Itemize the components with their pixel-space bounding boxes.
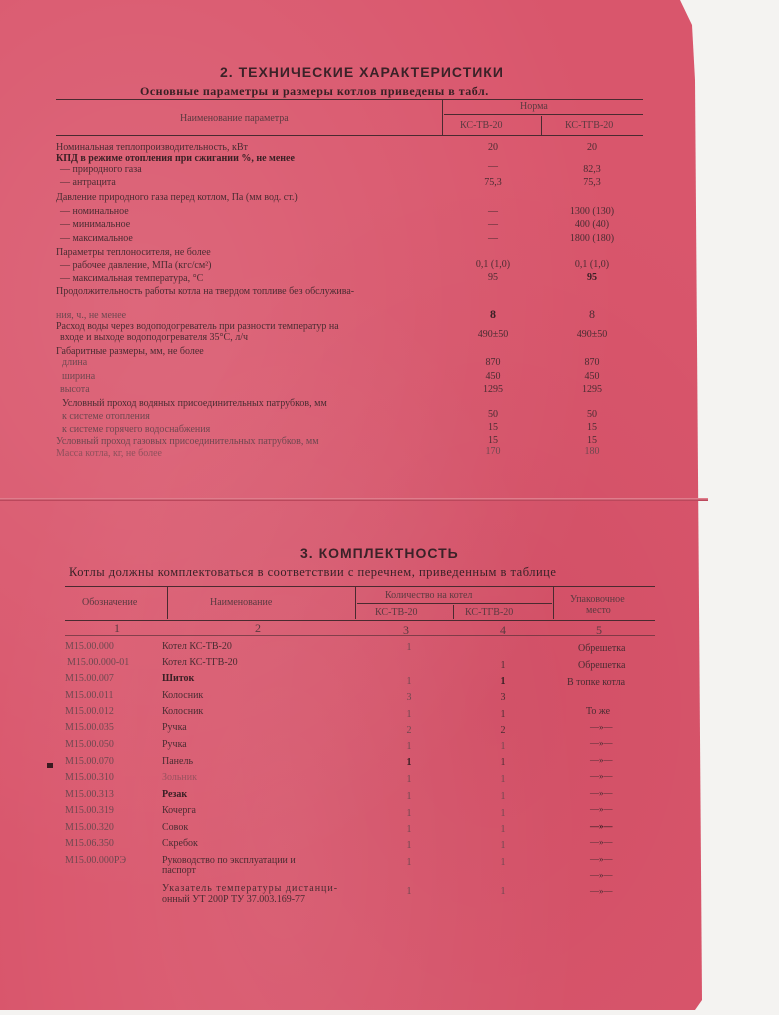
spec-v2: 95 (557, 272, 627, 283)
spec-v2: 450 (557, 371, 627, 382)
item-q1: 1 (374, 791, 444, 802)
section2-subtitle: Основные параметры и размеры котлов прив… (140, 84, 489, 99)
item-q1: 1 (374, 824, 444, 835)
spec-label: входе и выходе водоподогревателя 35°С, л… (60, 332, 248, 343)
item-q2: 1 (468, 886, 538, 897)
item-name: Шиток (162, 673, 194, 684)
spec-v1: 50 (458, 409, 528, 420)
table3-top-rule (65, 586, 655, 587)
header-norm: Норма (520, 101, 548, 112)
spec-v2: 20 (557, 142, 627, 153)
item-pack-ditto: —»— (590, 722, 613, 732)
spec-label: Условный проход водяных присоединительны… (62, 398, 327, 409)
table-top-rule (56, 99, 643, 100)
item-code: М15.00.000 (65, 641, 114, 652)
item-name: Совок (162, 822, 188, 833)
item-name: Резак (162, 789, 187, 800)
spec-label: Продолжительность работы котла на твердо… (56, 286, 354, 297)
spec-v2: 490±50 (557, 329, 627, 340)
item-q1: 1 (374, 741, 444, 752)
item-q2: 1 (468, 741, 538, 752)
spec-label: Условный проход газовых присоединительны… (56, 436, 319, 447)
item-code: М15.00.035 (65, 722, 114, 733)
item-name: Указатель температуры дистанци- (162, 883, 338, 894)
spec-v2: 870 (557, 357, 627, 368)
item-code: М15.00.070 (65, 756, 114, 767)
spec-v2: 1800 (180) (557, 233, 627, 244)
spec-v1: — (458, 233, 528, 244)
spec-v1: 0,1 (1,0) (458, 259, 528, 270)
header-pack-1: Упаковочное (570, 594, 625, 605)
item-name: Зольник (162, 772, 197, 783)
spec-v1: — (458, 206, 528, 217)
table3-divider-3 (553, 587, 554, 619)
item-pack-ditto: —»— (590, 837, 613, 847)
spec-label: высота (60, 384, 90, 395)
spec-v2: 82,3 (557, 164, 627, 175)
spec-label: Масса котла, кг, не более (56, 448, 162, 459)
item-q2: 1 (468, 808, 538, 819)
header-designation: Обозначение (82, 597, 137, 608)
item-code: М15.00.007 (65, 673, 114, 684)
item-q2: 1 (468, 774, 538, 785)
spec-label: — номинальное (60, 206, 129, 217)
item-pack-ditto: —»— (590, 854, 613, 864)
item-q2: 1 (468, 840, 538, 851)
item-q1: 1 (374, 774, 444, 785)
colnum-3: 3 (403, 623, 409, 638)
header-pack-2: место (586, 605, 611, 616)
item-code: М15.00.310 (65, 772, 114, 783)
spec-v2: 75,3 (557, 177, 627, 188)
spec-label: Давление природного газа перед котлом, П… (56, 192, 298, 203)
qty-rule (357, 603, 552, 604)
item-q1: 1 (374, 857, 444, 868)
spec-v1: 15 (458, 435, 528, 446)
header-param: Наименование параметра (180, 113, 289, 124)
table3-divider-1 (167, 587, 168, 619)
item-q1: 1 (374, 808, 444, 819)
spec-label: — максимальная температура, °С (60, 273, 203, 284)
item-q2: 1 (468, 676, 538, 687)
margin-mark (47, 763, 53, 768)
spec-label: Габаритные размеры, мм, не более (56, 346, 204, 357)
spec-v2: 8 (557, 307, 627, 322)
item-q2: 1 (468, 824, 538, 835)
item-name: Ручка (162, 722, 187, 733)
spec-v2: 15 (557, 435, 627, 446)
colnum-2: 2 (255, 621, 261, 636)
item-pack-ditto: —»— (590, 804, 613, 814)
spec-label: Расход воды через водоподогреватель при … (56, 321, 339, 332)
spec-v1: 490±50 (458, 329, 528, 340)
spec-v2: 400 (40) (557, 219, 627, 230)
item-q2: 1 (468, 757, 538, 768)
spec-v1: 95 (458, 272, 528, 283)
section2-title: 2. ТЕХНИЧЕСКИЕ ХАРАКТЕРИСТИКИ (220, 64, 504, 80)
item-pack-ditto: —»— (590, 886, 613, 896)
spec-label: к системе отопления (62, 411, 150, 422)
spec-v1: 450 (458, 371, 528, 382)
spec-v2: 15 (557, 422, 627, 433)
spec-label: — природного газа (60, 164, 142, 175)
spec-v2: 1295 (557, 384, 627, 395)
item-name: Котел КС-ТВ-20 (162, 641, 232, 652)
spec-label: КПД в режиме отопления при сжигании %, н… (56, 153, 295, 164)
spec-v1: 870 (458, 357, 528, 368)
item-pack-ditto: —»— (590, 755, 613, 765)
section3-title: 3. КОМПЛЕКТНОСТЬ (300, 545, 459, 561)
item-name-cont: онный УТ 200Р ТУ 37.003.169-77 (162, 894, 305, 905)
item-code: М15.00.000-01 (67, 657, 129, 668)
spec-v1: 20 (458, 142, 528, 153)
item-code: М15.00.011 (65, 690, 114, 701)
item-name-cont: паспорт (162, 865, 196, 876)
item-q2: 1 (468, 857, 538, 868)
table-header-rule (56, 135, 643, 136)
spec-label: — минимальное (60, 219, 130, 230)
item-q1: 1 (374, 757, 444, 768)
item-name: Колосник (162, 690, 203, 701)
spec-v1: — (458, 161, 528, 172)
item-q2: 2 (468, 725, 538, 736)
item-q2: 1 (468, 709, 538, 720)
spec-label: ния, ч., не менее (56, 310, 126, 321)
item-name: Панель (162, 756, 193, 767)
item-pack-ditto: —»— (590, 738, 613, 748)
item-pack-ditto: —»— (590, 771, 613, 781)
spec-v1: 75,3 (458, 177, 528, 188)
colnum-4: 4 (500, 623, 506, 638)
spec-v1: 8 (458, 307, 528, 322)
spec-label: Номинальная теплопроизводительность, кВт (56, 142, 248, 153)
table3-divider-2 (355, 587, 356, 619)
item-pack: В топке котла (567, 677, 625, 688)
item-q1: 3 (374, 692, 444, 703)
item-q1: 1 (374, 642, 444, 653)
item-code: М15.00.313 (65, 789, 114, 800)
item-code: М15.06.350 (65, 838, 114, 849)
item-code: М15.00.000РЭ (65, 855, 126, 866)
header-col1: КС-ТВ-20 (460, 120, 503, 131)
spec-v1: 1295 (458, 384, 528, 395)
item-code: М15.00.320 (65, 822, 114, 833)
item-code: М15.00.319 (65, 805, 114, 816)
header-qty-col2: КС-ТГВ-20 (465, 607, 513, 618)
item-pack-ditto: —»— (590, 788, 613, 798)
page-fold (0, 498, 708, 501)
spec-v2: 50 (557, 409, 627, 420)
spec-label: Параметры теплоносителя, не более (56, 247, 211, 258)
item-name: Ручка (162, 739, 187, 750)
item-q1: 1 (374, 676, 444, 687)
spec-v1: 170 (458, 446, 528, 457)
section3-subtitle: Котлы должны комплектоваться в соответст… (69, 565, 556, 580)
spec-label: — максимальное (60, 233, 133, 244)
spec-v1: — (458, 219, 528, 230)
spec-label: — рабочее давление, МПа (кгс/см²) (60, 260, 212, 271)
header-col2: КС-ТГВ-20 (565, 120, 613, 131)
qty-divider (453, 605, 454, 619)
spec-v2: 180 (557, 446, 627, 457)
colnum-5: 5 (596, 623, 602, 638)
table3-header-rule (65, 620, 655, 621)
item-q2: 1 (468, 791, 538, 802)
table3-colnum-rule (65, 635, 655, 636)
spec-label: — антрацита (60, 177, 116, 188)
item-pack-ditto: —»— (590, 821, 613, 831)
item-name: Колосник (162, 706, 203, 717)
item-q1: 1 (374, 709, 444, 720)
norm-rule (444, 114, 643, 115)
item-q1: 1 (374, 840, 444, 851)
item-q2: 1 (468, 660, 538, 671)
spec-v1: 15 (458, 422, 528, 433)
spec-v2: 1300 (130) (557, 206, 627, 217)
table-col-divider (442, 100, 443, 136)
item-pack-ditto: —»— (590, 870, 613, 880)
item-name: Скребок (162, 838, 198, 849)
header-qty: Количество на котел (385, 590, 472, 601)
header-qty-col1: КС-ТВ-20 (375, 607, 418, 618)
norm-col-divider (541, 116, 542, 136)
spec-v2: 0,1 (1,0) (557, 259, 627, 270)
item-code: М15.00.050 (65, 739, 114, 750)
item-code: М15.00.012 (65, 706, 114, 717)
item-q1: 1 (374, 886, 444, 897)
spec-label: к системе горячего водоснабжения (62, 424, 210, 435)
item-name: Кочерга (162, 805, 196, 816)
item-name: Котел КС-ТГВ-20 (162, 657, 238, 668)
item-q2: 3 (468, 692, 538, 703)
item-pack: То же (586, 706, 610, 717)
colnum-1: 1 (114, 621, 120, 636)
spec-label: длина (62, 357, 87, 368)
item-pack: Обрешетка (578, 660, 625, 671)
header-name: Наименование (210, 597, 272, 608)
spec-label: ширина (62, 371, 95, 382)
item-pack: Обрешетка (578, 643, 625, 654)
item-q1: 2 (374, 725, 444, 736)
